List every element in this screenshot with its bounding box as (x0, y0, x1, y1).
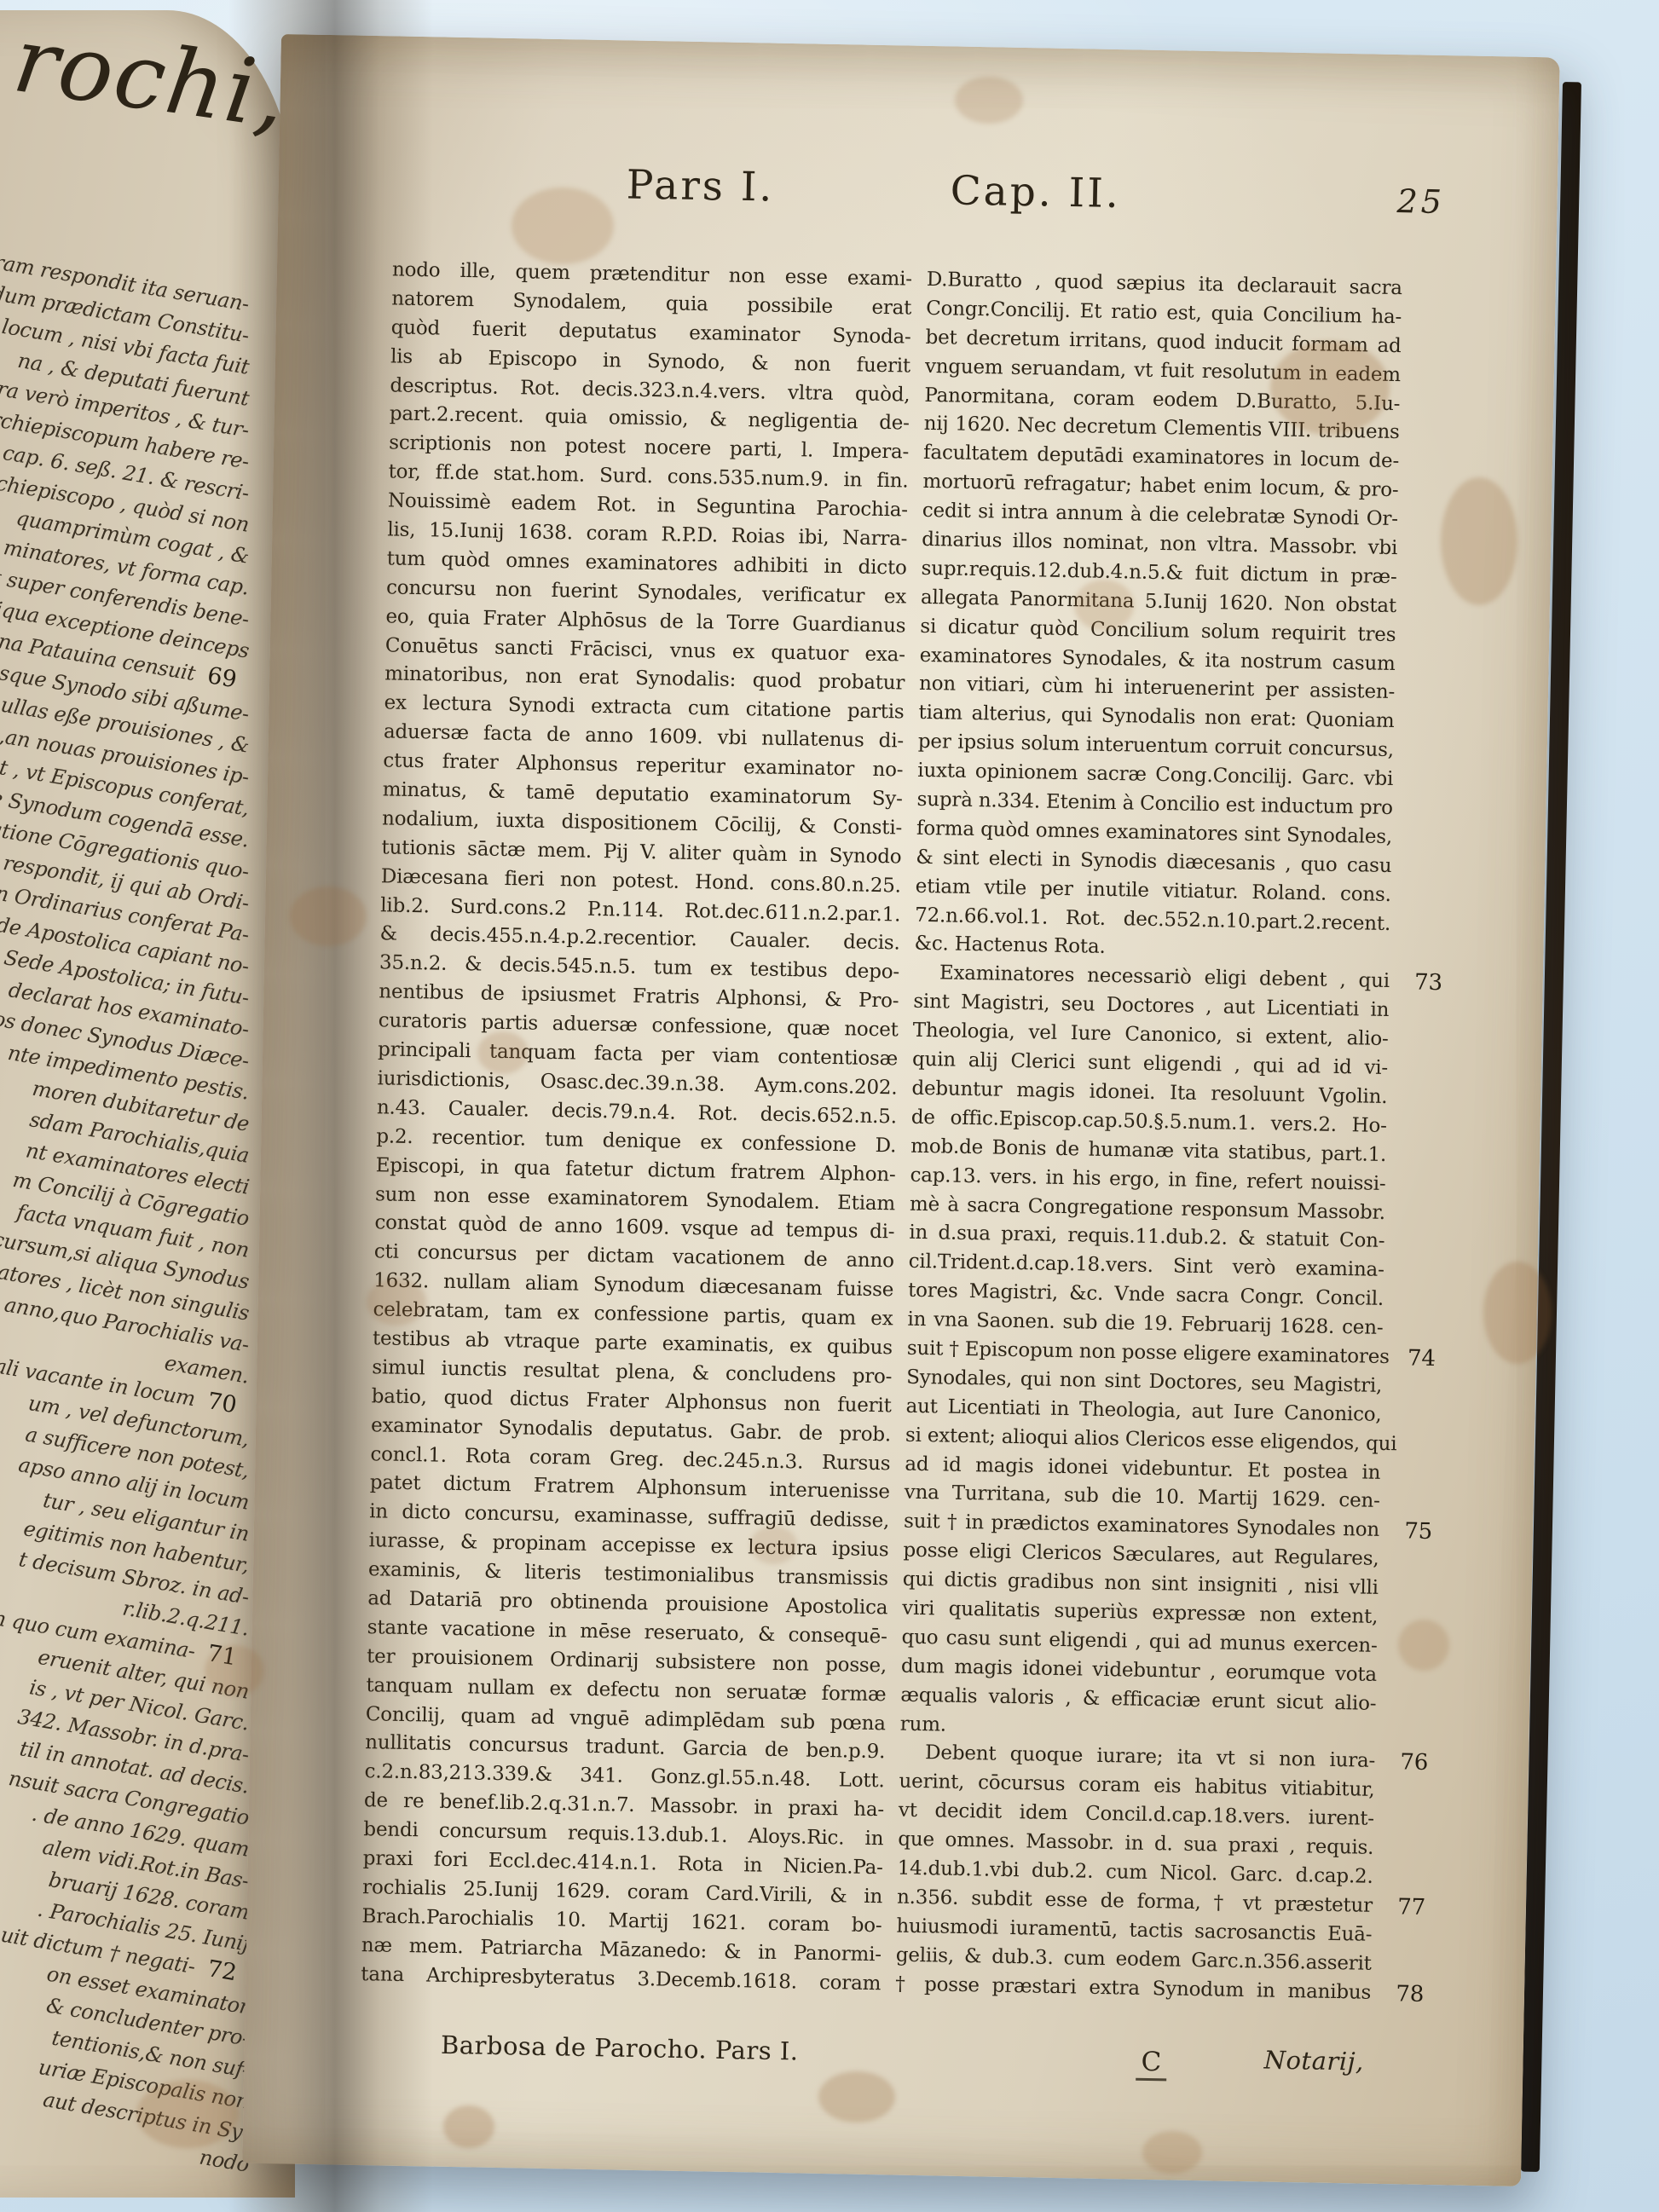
running-head-chapter: Cap. II. (950, 167, 1121, 217)
page-number: 25 (1396, 182, 1445, 221)
text-column-right: D.Buratto , quod sæpius ita declarauit s… (895, 266, 1402, 2007)
running-head-section: Pars I. (626, 161, 775, 211)
margin-paragraph-number: 74 (1408, 1344, 1436, 1373)
running-head: Pars I. Cap. II. 25 (278, 155, 1558, 238)
margin-paragraph-number: 76 (1400, 1749, 1428, 1778)
catchword: Notarij, (1263, 2046, 1364, 2076)
footer-title-line: Barbosa de Parocho. Pars I. (360, 2029, 881, 2067)
verso-text-column: ram respondit ita seruan-ndum prædictam … (0, 288, 249, 2180)
book-photo: rochi, ram respondit ita seruan-ndum præ… (0, 0, 1659, 2212)
verso-running-title: rochi, (8, 7, 294, 149)
signature-mark: C (1136, 2047, 1166, 2082)
margin-paragraph-number: 75 (1404, 1518, 1432, 1547)
text-column-left: nodo ille, quem prætenditur non esse exa… (361, 256, 912, 1998)
margin-paragraph-number: 78 (1396, 1980, 1424, 2009)
page-footer: Barbosa de Parocho. Pars I. C Notarij, (244, 2027, 1523, 2101)
margin-paragraph-number: 73 (1414, 969, 1442, 998)
book-page-recto: Pars I. Cap. II. 25 nodo ille, quem præt… (242, 34, 1560, 2186)
margin-paragraph-number: 77 (1397, 1893, 1425, 1922)
